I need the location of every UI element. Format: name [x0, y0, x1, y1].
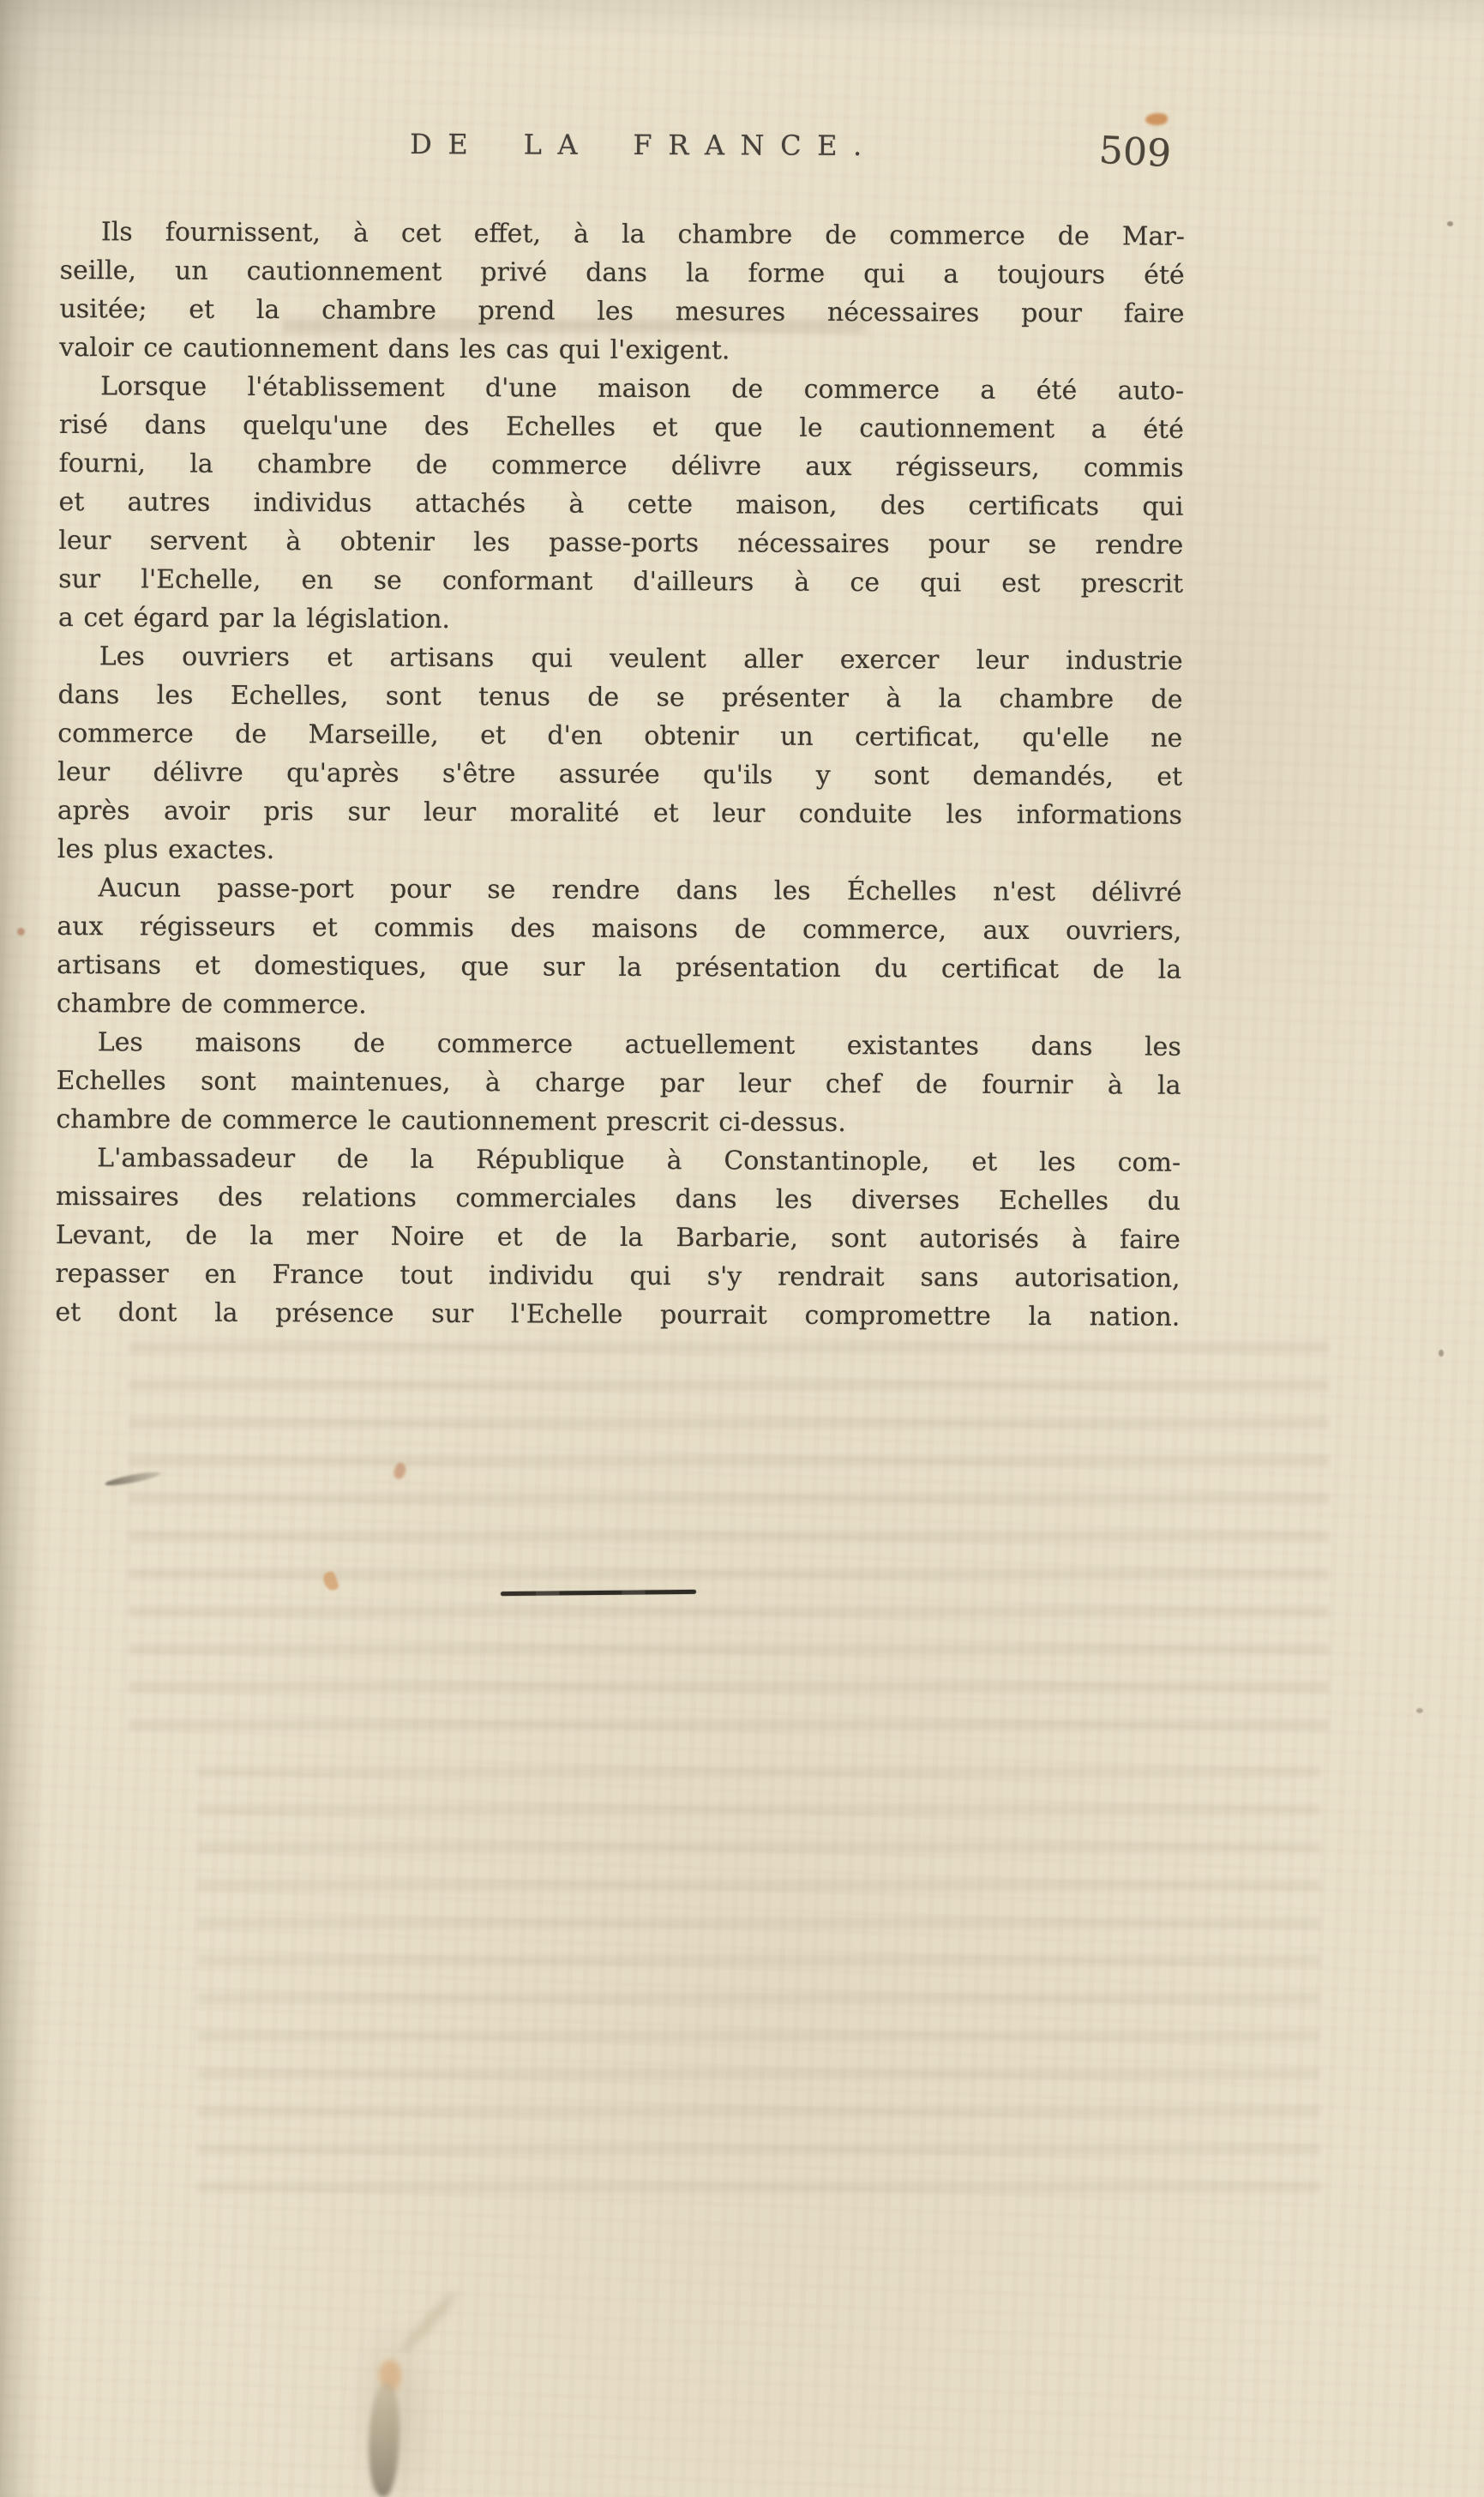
text-line: commerce de Marseille, et d'en obtenir u… [57, 714, 1182, 758]
paragraph: L'ambassadeur de la République à Constan… [55, 1139, 1181, 1337]
text-line: seille, un cautionnement privé dans la f… [60, 251, 1185, 295]
text-line: les plus exactes. [57, 830, 1182, 874]
text-line: dans les Echelles, sont tenus de se prés… [57, 676, 1182, 719]
pencil-dash-mark [105, 1470, 162, 1488]
text-line: Lorsque l'établissement d'une maison de … [59, 367, 1184, 411]
paragraph: Lorsque l'établissement d'une maison de … [58, 367, 1184, 642]
paragraph: Les maisons de commerce actuellement exi… [56, 1023, 1181, 1144]
text-line: Les maisons de commerce actuellement exi… [57, 1023, 1181, 1067]
book-page-scan: DE LA FRANCE. 509 Ils fournissent, à cet… [0, 0, 1484, 2497]
ink-smudge [379, 2360, 401, 2391]
paper-speck [1447, 221, 1453, 226]
text-line: et dont la présence sur l'Echelle pourra… [55, 1293, 1180, 1337]
text-line: Aucun passe-port pour se rendre dans les… [57, 869, 1181, 912]
separator-rule [501, 1590, 696, 1596]
ink-fleck [1145, 113, 1168, 125]
text-line: Echelles sont maintenues, à charge par l… [56, 1062, 1181, 1105]
text-line: Levant, de la mer Noire et de la Barbari… [56, 1216, 1181, 1260]
text-line: fourni, la chambre de commerce délivre a… [59, 444, 1184, 488]
text-line: et autres individus attachés à cette mai… [58, 483, 1183, 526]
text-line: valoir ce cautionnement dans les cas qui… [59, 328, 1184, 372]
text-line: chambre de commerce. [57, 984, 1181, 1028]
page-number: 509 [1098, 129, 1173, 176]
ink-fleck [321, 1570, 339, 1592]
running-title: DE LA FRANCE. [339, 128, 949, 162]
page-text: Ils fournissent, à cet effet, à la chamb… [55, 213, 1185, 1337]
text-line: L'ambassadeur de la République à Constan… [56, 1139, 1181, 1182]
paper-speck [1416, 1708, 1423, 1713]
paragraph: Les ouvriers et artisans qui veulent all… [57, 637, 1183, 874]
text-line: artisans et domestiques, que sur la prés… [57, 946, 1181, 990]
text-line: chambre de commerce le cautionnement pre… [56, 1100, 1181, 1144]
text-line: a cet égard par la législation. [58, 599, 1183, 642]
ink-smudge [347, 2315, 442, 2497]
text-line: sur l'Echelle, en se conformant d'ailleu… [58, 560, 1183, 604]
ink-smudge [397, 2288, 460, 2356]
paper-speck [1439, 1350, 1444, 1357]
text-line: usitée; et la chambre prend les mesures … [59, 290, 1184, 334]
ink-fleck [17, 928, 25, 936]
ink-fleck [392, 1461, 408, 1480]
text-line: risé dans quelqu'une des Echelles et que… [59, 406, 1184, 449]
text-line: aux régisseurs et commis des maisons de … [57, 907, 1181, 951]
ink-smudge [364, 2381, 403, 2497]
text-line: Ils fournissent, à cet effet, à la chamb… [60, 213, 1185, 256]
showthrough-text-ghost [197, 1766, 1320, 2212]
text-line: Les ouvriers et artisans qui veulent all… [58, 637, 1183, 681]
text-line: leur servent à obtenir les passe-ports n… [58, 521, 1183, 565]
showthrough-text-ghost [129, 1342, 1329, 1754]
paragraph: Ils fournissent, à cet effet, à la chamb… [59, 213, 1185, 372]
text-line: missaires des relations commerciales dan… [56, 1177, 1181, 1221]
text-line: après avoir pris sur leur moralité et le… [57, 791, 1182, 835]
text-line: leur délivre qu'après s'être assurée qu'… [57, 753, 1182, 797]
paragraph: Aucun passe-port pour se rendre dans les… [57, 869, 1182, 1028]
text-line: repasser en France tout individu qui s'y… [56, 1255, 1181, 1298]
